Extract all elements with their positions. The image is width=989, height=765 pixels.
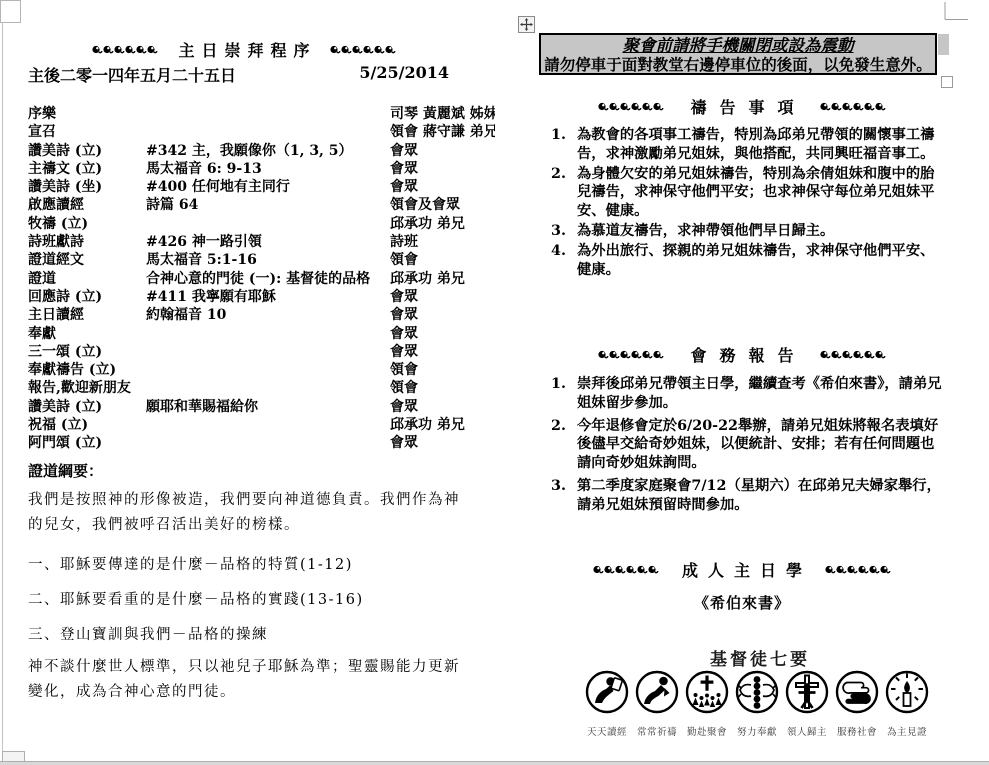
worship-order-heading: 主日崇拜程序 bbox=[28, 38, 460, 61]
sunday-school-heading-text: 成人主日學 bbox=[672, 558, 812, 581]
program-row: 啟應讀經詩篇 64領會及會眾 bbox=[28, 194, 463, 212]
prayer-heading-text: 禱告事項 bbox=[677, 95, 806, 118]
program-row: 證道經文馬太福音 5:1-16領會 bbox=[28, 249, 463, 267]
sermon-outline-closing: 神不談什麼世人標準，只以祂兒子耶穌為準；聖靈賜能力更新變化，成為合神心意的門徒。 bbox=[28, 655, 464, 705]
left-edge-line bbox=[2, 22, 3, 752]
praying-person-icon bbox=[635, 670, 679, 714]
essential-label: 領人歸主 bbox=[785, 724, 829, 738]
essential-label: 努力奉獻 bbox=[735, 724, 779, 738]
chain-ornament-icon bbox=[597, 101, 665, 112]
program-row: 三一頌 (立)會眾 bbox=[28, 341, 463, 359]
candle-light-icon bbox=[885, 670, 929, 714]
program-row: 奉獻會眾 bbox=[28, 323, 463, 341]
date-row: 主後二零一四年五月二十五日 5/25/2014 bbox=[28, 63, 449, 86]
program-row: 主禱文 (立)馬太福音 6: 9-13會眾 bbox=[28, 158, 463, 176]
essential-label: 為主見證 bbox=[885, 724, 929, 738]
sermon-outline-heading: 證道綱要： bbox=[28, 460, 103, 481]
date-chinese: 主後二零一四年五月二十五日 bbox=[28, 63, 236, 86]
sermon-point-1: 一、耶穌要傳達的是什麼－品格的特質(1-12) bbox=[28, 553, 353, 574]
prayer-items-list: 1.為教會的各項事工禱告，特別為邱弟兄帶領的關懷事工禱告，求神激勵弟兄姐妹，與他… bbox=[551, 126, 947, 280]
horizontal-scrollbar-strip[interactable] bbox=[0, 761, 989, 765]
essential-label: 服務社會 bbox=[835, 724, 879, 738]
seven-essentials-title: 基督徒七要 bbox=[585, 645, 935, 670]
notice-line-phones: 聚會前請將手機關閉或設為震動 bbox=[541, 35, 935, 56]
chain-ornament-icon bbox=[819, 349, 887, 360]
essential-label: 天天讀經 bbox=[585, 724, 629, 738]
report-items-list: 1.崇拜後邱弟兄帶領主日學，繼續查考《希伯來書》，請弟兄姐妹留步參加。 2.今年… bbox=[551, 375, 947, 519]
reading-person-icon bbox=[585, 670, 629, 714]
move-handle-icon[interactable] bbox=[518, 16, 535, 33]
report-item: 3.第二季度家庭聚會7/12（星期六）在邱弟兄夫婦家舉行，請弟兄姐妹預留時間參加… bbox=[551, 477, 947, 515]
essential-label: 常常祈禱 bbox=[635, 724, 679, 738]
report-item: 2.今年退修會定於6/20-22舉辦，請弟兄姐妹將報名表填好後儘早交給奇妙姐妹，… bbox=[551, 417, 947, 473]
study-book-title: 《希伯來書》 bbox=[535, 592, 949, 613]
program-row: 牧禱 (立)邱承功 弟兄 bbox=[28, 213, 463, 231]
program-row: 回應詩 (立)#411 我寧願有耶穌會眾 bbox=[28, 286, 463, 304]
page-title: 主日崇拜程序 bbox=[171, 38, 316, 61]
fish-coins-icon bbox=[735, 670, 779, 714]
notice-line-parking: 請勿停車于面對教堂右邊停車位的後面，以免發生意外。 bbox=[541, 56, 935, 74]
sermon-point-3: 三、登山寶訓與我們－品格的操練 bbox=[28, 623, 268, 644]
program-row: 宣召領會 蔣守謙 弟兄 bbox=[28, 121, 463, 139]
prayer-item: 2.為身體欠安的弟兄姐妹禱告，特別為余倩姐妹和腹中的胎兒禱告，求神保守他們平安；… bbox=[551, 165, 947, 221]
program-row: 序樂司琴 黃麗斌 姊妹 bbox=[28, 103, 463, 121]
prayer-item: 3.為慕道友禱告，求神帶領他們早日歸主。 bbox=[551, 222, 947, 241]
program-row: 詩班獻詩#426 神一路引領詩班 bbox=[28, 231, 463, 249]
program-row: 阿門頌 (立)會眾 bbox=[28, 432, 463, 450]
essential-label: 勤赴聚會 bbox=[685, 724, 729, 738]
person-cross-icon bbox=[785, 670, 829, 714]
chain-ornament-icon bbox=[597, 349, 665, 360]
program-row: 主日讀經約翰福音 10會眾 bbox=[28, 304, 463, 322]
seven-essentials-icons bbox=[585, 670, 929, 714]
program-row: 證道合神心意的門徒 (一): 基督徒的品格邱承功 弟兄 bbox=[28, 268, 463, 286]
text-boundary-corner-mark bbox=[944, 2, 969, 22]
program-row: 讚美詩 (立)願耶和華賜福給你會眾 bbox=[28, 396, 463, 414]
sermon-outline-intro: 我們是按照神的形像被造，我們要向神道德負責。我們作為神的兒女，我們被呼召活出美好… bbox=[28, 488, 460, 538]
bulletin-page-right: 聚會前請將手機關閉或設為震動 請勿停車于面對教堂右邊停車位的後面，以免發生意外。… bbox=[495, 0, 989, 765]
sunday-school-heading: 成人主日學 bbox=[535, 558, 949, 581]
report-section-heading: 會務報告 bbox=[535, 343, 949, 366]
chain-ornament-icon bbox=[329, 44, 397, 55]
prayer-item: 4.為外出旅行、探親的弟兄姐妹禱告，求神保守他們平安、健康。 bbox=[551, 242, 947, 280]
program-row: 讚美詩 (坐)#400 任何地有主同行會眾 bbox=[28, 176, 463, 194]
resize-handle[interactable] bbox=[941, 76, 953, 88]
seven-essentials-labels: 天天讀經 常常祈禱 勤赴聚會 努力奉獻 領人歸主 服務社會 為主見證 bbox=[585, 724, 929, 738]
program-row: 報告,歡迎新朋友領會 bbox=[28, 377, 463, 395]
sermon-point-2: 二、耶穌要看重的是什麼－品格的實踐(13-16) bbox=[28, 588, 364, 609]
notice-box: 聚會前請將手機關閉或設為震動 請勿停車于面對教堂右邊停車位的後面，以免發生意外。 bbox=[539, 33, 937, 75]
worship-program-list: 序樂司琴 黃麗斌 姊妹 宣召領會 蔣守謙 弟兄 讚美詩 (立)#342 主，我願… bbox=[28, 103, 463, 451]
prayer-item: 1.為教會的各項事工禱告，特別為邱弟兄帶領的關懷事工禱告，求神激勵弟兄姐妹，與他… bbox=[551, 126, 947, 164]
date-numeric: 5/25/2014 bbox=[359, 63, 449, 86]
chain-ornament-icon bbox=[819, 101, 887, 112]
chain-ornament-icon bbox=[91, 44, 159, 55]
ruler-corner-box bbox=[0, 0, 21, 23]
chain-ornament-icon bbox=[592, 564, 660, 575]
prayer-section-heading: 禱告事項 bbox=[535, 95, 949, 118]
serving-hands-icon bbox=[835, 670, 879, 714]
program-row: 奉獻禱告 (立)領會 bbox=[28, 359, 463, 377]
bulletin-page-left: 主日崇拜程序 主後二零一四年五月二十五日 5/25/2014 序樂司琴 黃麗斌 … bbox=[0, 0, 494, 765]
paragraph-shading-overflow bbox=[938, 34, 949, 55]
program-row: 讚美詩 (立)#342 主，我願像你（1, 3, 5）會眾 bbox=[28, 140, 463, 158]
program-row: 祝福 (立)邱承功 弟兄 bbox=[28, 414, 463, 432]
report-heading-text: 會務報告 bbox=[677, 343, 806, 366]
chain-ornament-icon bbox=[824, 564, 892, 575]
report-item: 1.崇拜後邱弟兄帶領主日學，繼續查考《希伯來書》，請弟兄姐妹留步參加。 bbox=[551, 375, 947, 413]
cross-congregation-icon bbox=[685, 670, 729, 714]
